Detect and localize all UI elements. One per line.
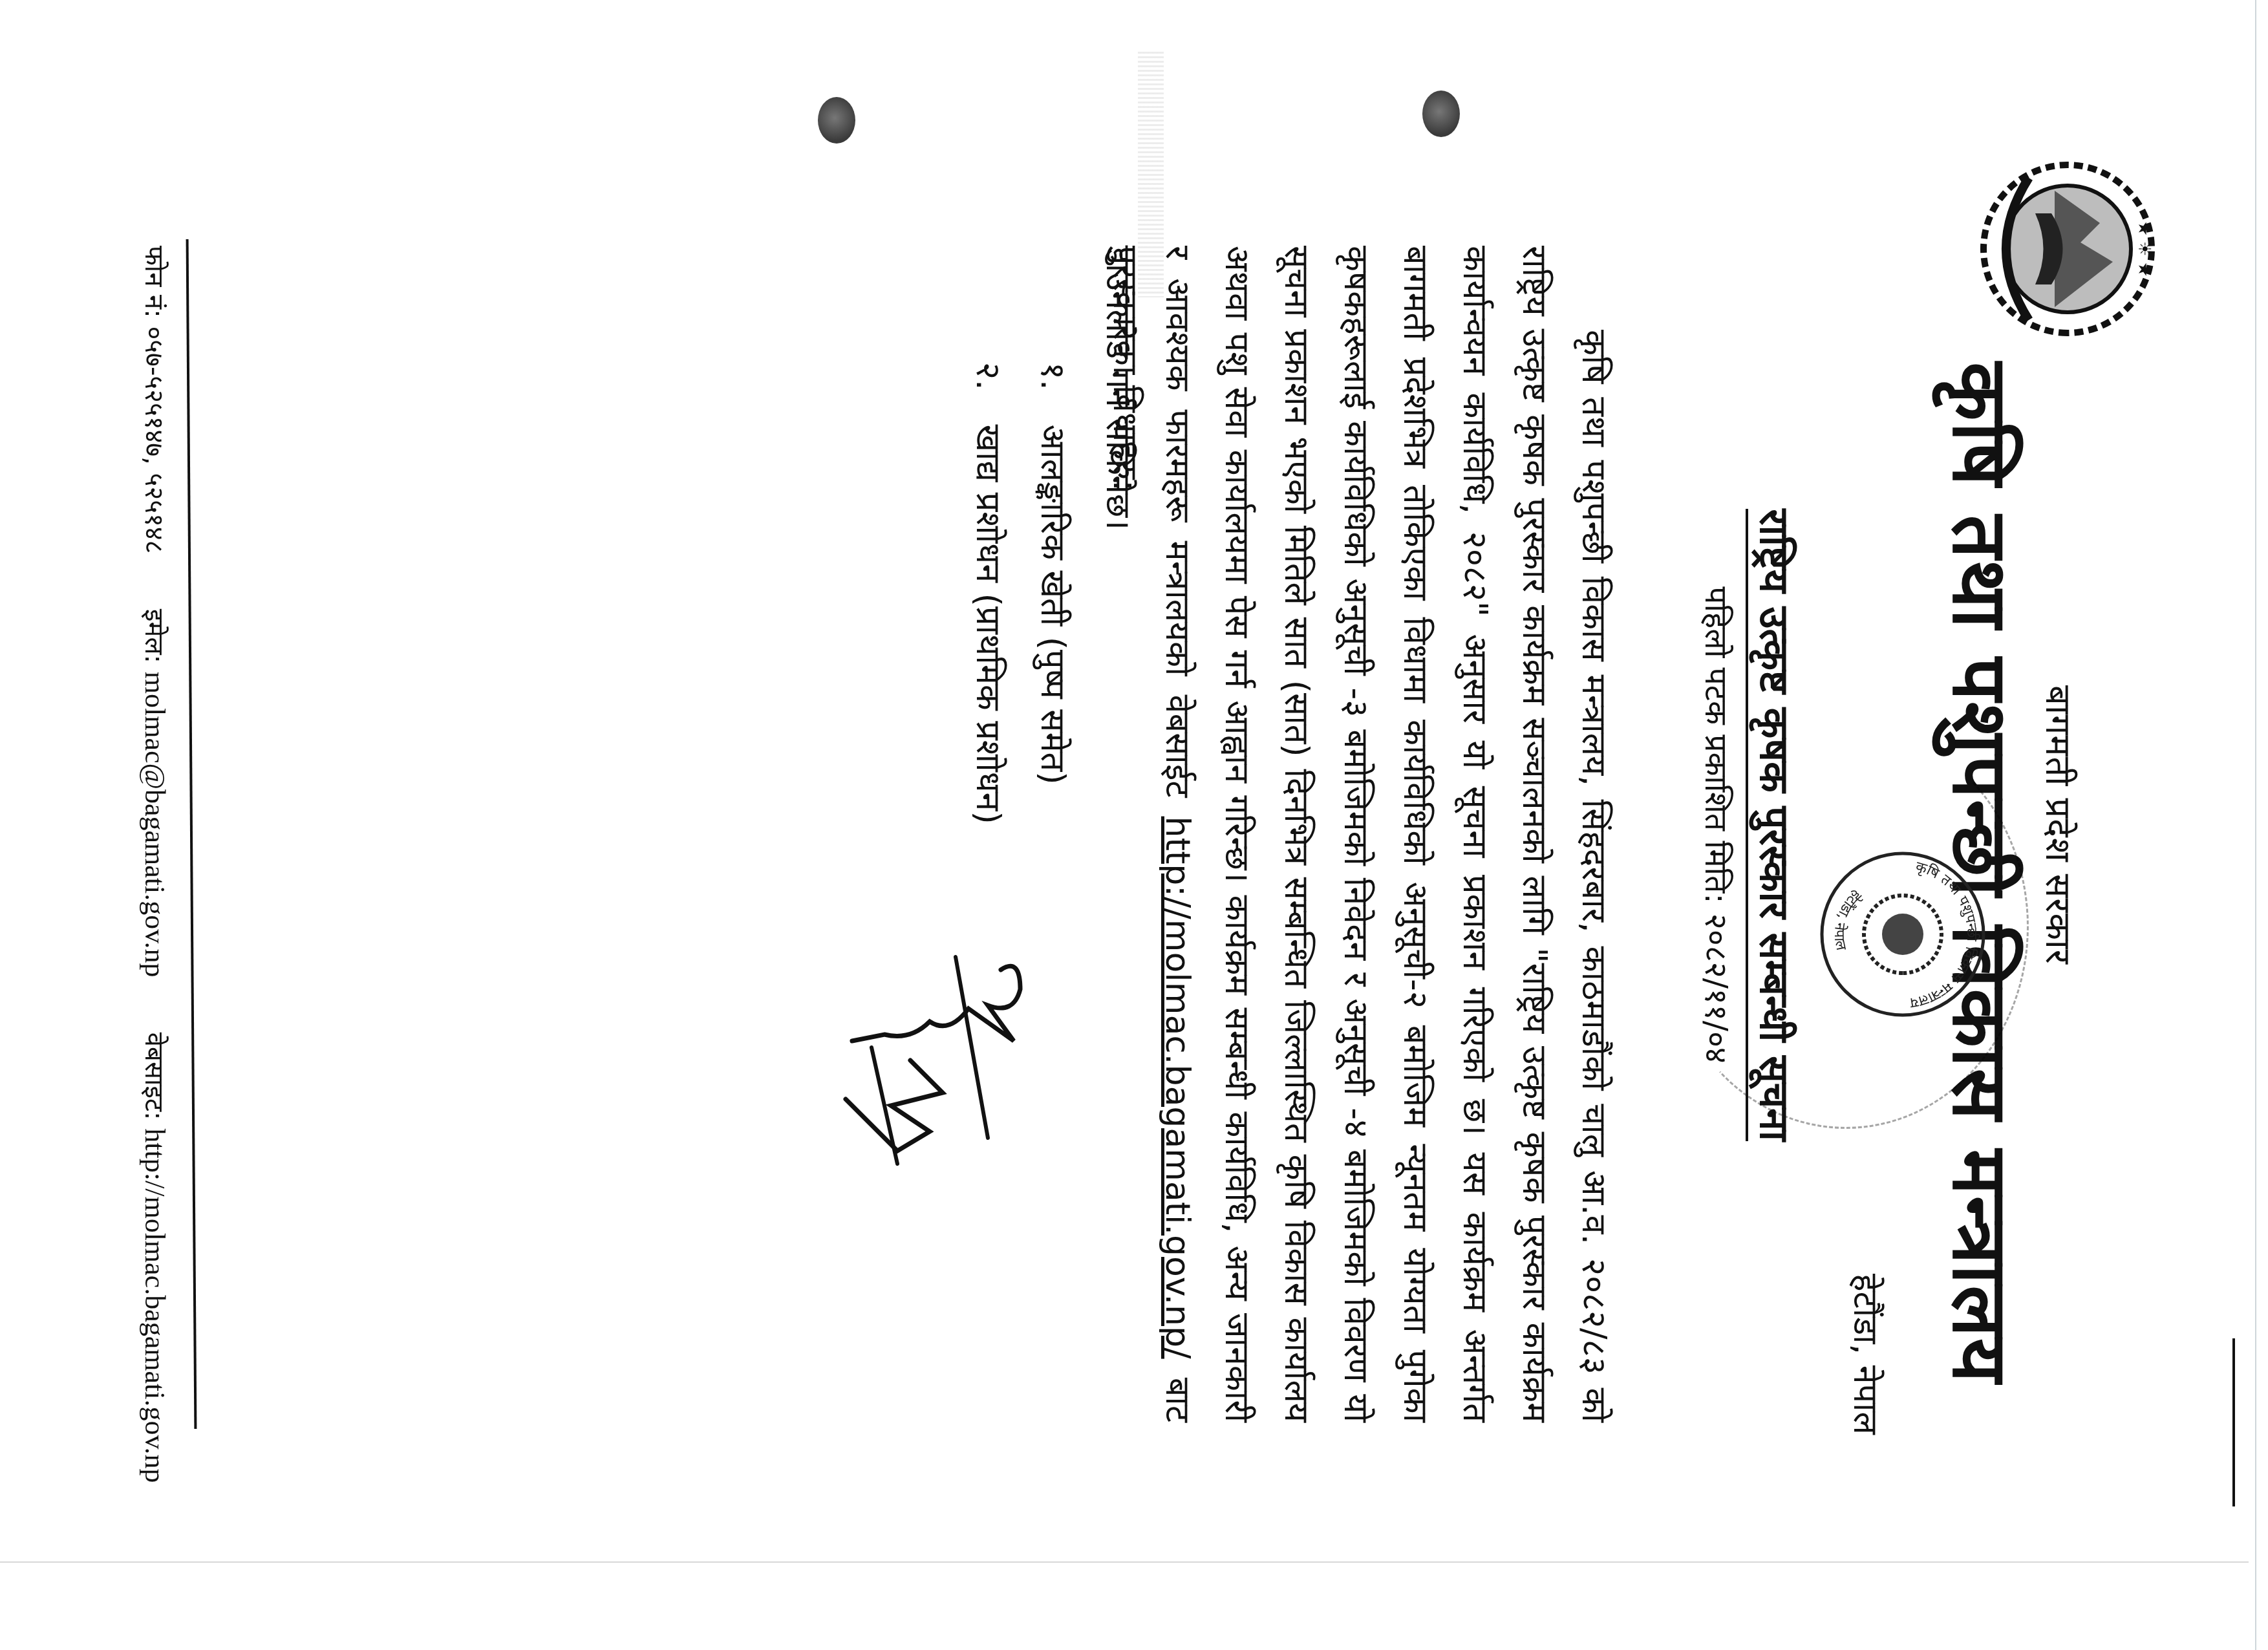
list-item: १. आलङ्कारिक खेती (पुष्प समेत) — [1020, 362, 1085, 824]
office-location: हेटौंडा, नेपाल — [1844, 1274, 1890, 1435]
phone-numbers: ०५७-५२५१४७, ५२५१४८ — [139, 327, 169, 554]
website-label: वेबसाइट: — [139, 1033, 169, 1120]
list-item-number: २. — [956, 362, 1020, 414]
notice-page: ★ ☀ ★ बागमती प्रदेश सरकार कृषि तथा पशुपन… — [0, 0, 2268, 1650]
footer-website-link[interactable]: http://molmac.bagamati.gov.np — [139, 1128, 171, 1483]
notice-body-text: कृषि तथा पशुपन्छी विकास मन्त्रालय, सिंहद… — [1158, 246, 1613, 1422]
award-categories-heading: पुरस्कारका विधाहरु: — [1104, 246, 1150, 491]
svg-text:★ ☀ ★: ★ ☀ ★ — [2134, 221, 2154, 277]
publication-date: पहिलो पटक प्रकाशित मिति: २०८२/११/०४ — [1696, 0, 1738, 1650]
notice-title-text: राष्ट्रिय उत्कृष्ट कृषक पुरस्कार सम्बन्ध… — [1746, 509, 1798, 1141]
handwritten-signature-icon — [833, 944, 1040, 1177]
list-item-label: आलङ्कारिक खेती (पुष्प समेत) — [1033, 425, 1072, 785]
notice-body: कृषि तथा पशुपन्छी विकास मन्त्रालय, सिंहद… — [1088, 246, 1623, 1422]
phone-label: फोन नं: — [139, 246, 169, 318]
list-item-number: १. — [1020, 362, 1085, 414]
email-address[interactable]: molmac@bagamati.gov.np — [139, 672, 171, 978]
email-label: इमेल: — [139, 609, 169, 663]
footer-contact: फोन नं: ०५७-५२५१४७, ५२५१४८ इमेल: molmac@… — [138, 246, 173, 1483]
svg-text:हेटौंडा, नेपाल: हेटौंडा, नेपाल — [1831, 886, 1865, 952]
province-government-label: बागमती प्रदेश सरकार — [2036, 0, 2084, 1650]
list-item: २. खाद्य प्रशोधन (प्राथमिक प्रशोधन) — [956, 362, 1020, 824]
ministry-office-seal-icon: कृषि तथा पशुपन्छी विकास मन्त्रालय हेटौंड… — [1815, 847, 1990, 1022]
notice-title: राष्ट्रिय उत्कृष्ट कृषक पुरस्कार सम्बन्ध… — [1748, 0, 1803, 1650]
list-item-label: खाद्य प्रशोधन (प्राथमिक प्रशोधन) — [968, 425, 1007, 824]
ministry-website-link[interactable]: http://molmac.bagamati.gov.np/ — [1158, 817, 1197, 1359]
award-categories-list: १. आलङ्कारिक खेती (पुष्प समेत) २. खाद्य … — [956, 362, 1085, 824]
footer-divider — [186, 239, 197, 1429]
